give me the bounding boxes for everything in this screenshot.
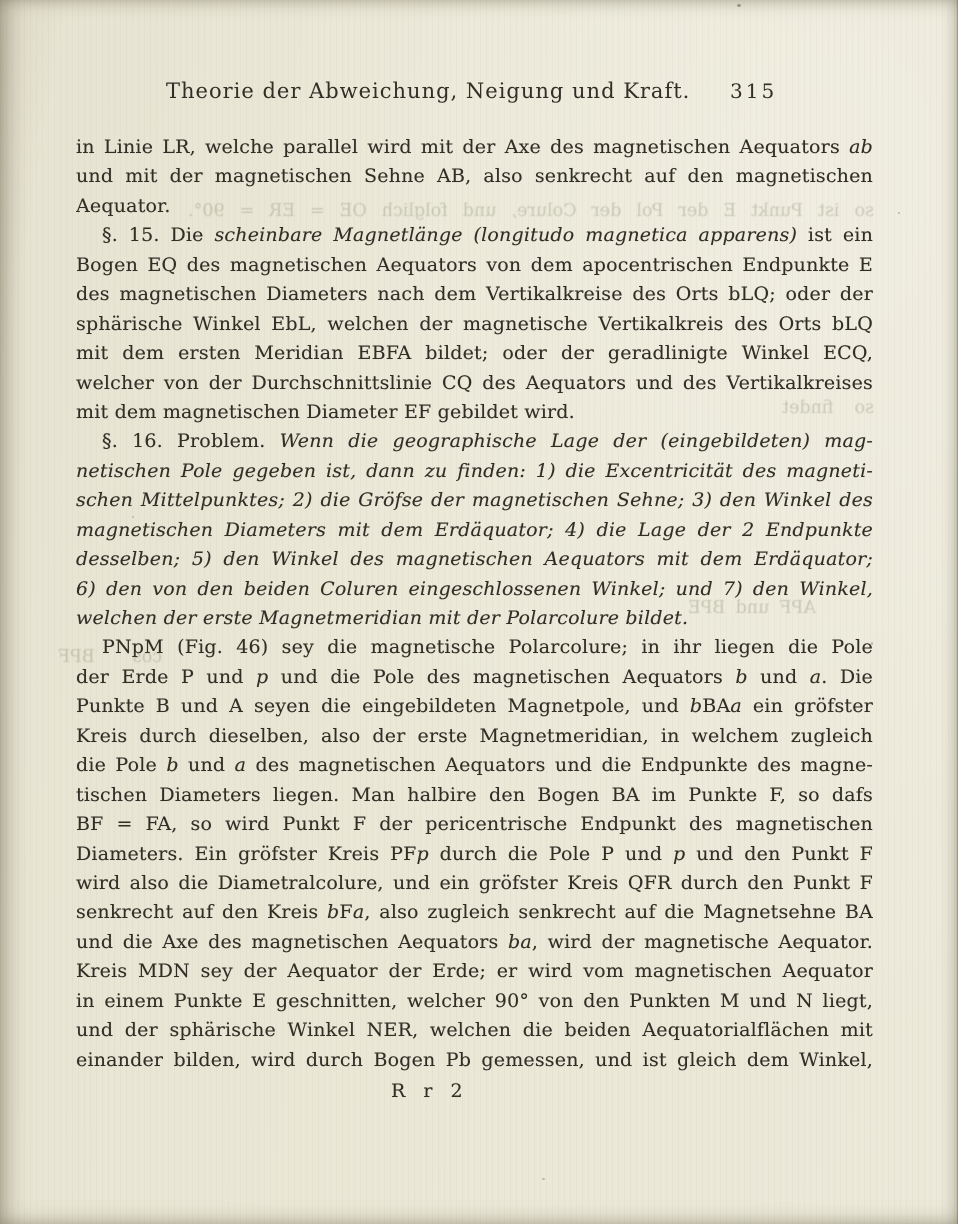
scanned-book-page: Theorie der Abweichung, Neigung und Kraf…: [0, 0, 958, 1224]
text-line: in einem Punkte E geschnitten, welcher 9…: [76, 987, 873, 1016]
text-run: schen Mittelpunktes; 2) die Gröfse der m…: [76, 489, 873, 511]
text-line: senkrecht auf den Kreis bFa, also zuglei…: [76, 898, 873, 927]
text-line: die Pole b und a des magnetischen Aequat…: [76, 751, 873, 780]
text-run: , wird der magnetische Aequator.: [532, 931, 873, 953]
text-run: b: [690, 695, 702, 717]
text-run: tischen Diameters liegen. Man halbire de…: [76, 784, 873, 806]
text-run: b: [327, 901, 339, 923]
text-run: und: [179, 754, 235, 776]
text-run: in Linie LR, welche parallel wird mit de…: [76, 136, 849, 158]
text-line: tischen Diameters liegen. Man halbire de…: [76, 781, 873, 810]
text-run: magnetischen Diameters mit dem Erdäquato…: [76, 519, 873, 541]
page-title: Theorie der Abweichung, Neigung und Kraf…: [166, 79, 690, 103]
text-run: netischen Pole gegeben ist, dann zu find…: [76, 460, 873, 482]
text-run: Kreis MDN sey der Aequator der Erde; er …: [76, 960, 873, 982]
text-line: in Linie LR, welche parallel wird mit de…: [76, 133, 873, 162]
text-run: b: [735, 666, 747, 688]
text-run: scheinbare Magnetlänge (longitudo magnet…: [214, 224, 797, 246]
text-run: b: [166, 754, 178, 776]
text-run: und die Axe des magnetischen Aequators: [76, 931, 508, 953]
text-line: und die Axe des magnetischen Aequators b…: [76, 928, 873, 957]
text-run: . Die: [821, 666, 873, 688]
text-run: die Pole: [76, 754, 166, 776]
text-line: Diameters. Ein gröfster Kreis PFp durch …: [76, 840, 873, 869]
text-line: des magnetischen Diameters nach dem Vert…: [76, 280, 873, 309]
text-run: und den Punkt F: [685, 843, 873, 865]
text-line: sphärische Winkel EbL, welchen der magne…: [76, 310, 873, 339]
text-line: mit dem magnetischen Diameter EF gebilde…: [76, 398, 873, 427]
text-line: §. 15. Die scheinbare Magnetlänge (longi…: [76, 221, 873, 250]
text-run: Bogen EQ des magnetischen Aequators von …: [76, 254, 873, 276]
text-run: p: [256, 666, 268, 688]
text-run: desselben; 5) den Winkel des magnetische…: [76, 548, 873, 570]
text-run: BA: [702, 695, 730, 717]
text-run: Kreis durch dieselben, also der erste Ma…: [76, 725, 873, 747]
text-run: und die Pole des magnetischen Aequators: [268, 666, 735, 688]
paper-speck: [542, 1178, 545, 1180]
text-run: ba: [508, 931, 532, 953]
text-run: und: [748, 666, 810, 688]
text-run: wird also die Diametralcolure, und ein g…: [76, 872, 873, 894]
text-line: 6) den von den beiden Coluren eingeschlo…: [76, 575, 873, 604]
paper-speck: [898, 212, 900, 214]
text-run: a: [353, 901, 365, 923]
text-run: , also zugleich senkrecht auf die Magnet…: [364, 901, 873, 923]
text-line: BF = FA, so wird Punkt F der pericentris…: [76, 810, 873, 839]
signature-mark: R r 2: [391, 1080, 469, 1102]
text-run: des magnetischen Aequators und die Endpu…: [246, 754, 873, 776]
text-line: Kreis durch dieselben, also der erste Ma…: [76, 722, 873, 751]
text-line: desselben; 5) den Winkel des magnetische…: [76, 545, 873, 574]
text-run: 6) den von den beiden Coluren eingeschlo…: [76, 578, 873, 600]
text-run: Wenn die geographische Lage der (eingebi…: [280, 430, 873, 452]
text-run: PNpM (Fig. 46) sey die magnetische Polar…: [102, 636, 873, 658]
text-run: BF = FA, so wird Punkt F der pericentris…: [76, 813, 873, 835]
text-line: Bogen EQ des magnetischen Aequators von …: [76, 251, 873, 280]
text-run: §. 15. Die: [102, 224, 214, 246]
text-run: §. 16. Problem.: [102, 430, 280, 452]
text-run: Diameters. Ein gröfster Kreis PF: [76, 843, 416, 865]
running-head: Theorie der Abweichung, Neigung und Kraf…: [76, 79, 873, 107]
text-run: welcher von der Durchschnittslinie CQ de…: [76, 372, 873, 394]
text-run: F: [339, 901, 352, 923]
text-run: ist ein: [797, 224, 873, 246]
text-line: §. 16. Problem. Wenn die geographische L…: [76, 427, 873, 456]
text-run: p: [416, 843, 428, 865]
text-run: durch die Pole P und: [429, 843, 673, 865]
text-run: der Erde P und: [76, 666, 256, 688]
text-block: in Linie LR, welche parallel wird mit de…: [76, 133, 873, 1075]
text-run: p: [673, 843, 685, 865]
text-line: welchen der erste Magnetmeridian mit der…: [76, 604, 873, 633]
text-line: netischen Pole gegeben ist, dann zu find…: [76, 457, 873, 486]
text-run: mit dem magnetischen Diameter EF gebilde…: [76, 401, 575, 423]
text-run: sphärische Winkel EbL, welchen der magne…: [76, 313, 873, 335]
text-run: und der sphärische Winkel NER, welchen d…: [76, 1019, 873, 1041]
text-run: einander bilden, wird durch Bogen Pb gem…: [76, 1049, 873, 1071]
paper-speck: [737, 4, 741, 7]
text-run: ab: [849, 136, 873, 158]
text-run: a: [235, 754, 247, 776]
text-run: in einem Punkte E geschnitten, welcher 9…: [76, 990, 873, 1012]
text-line: PNpM (Fig. 46) sey die magnetische Polar…: [76, 633, 873, 662]
text-run: und mit der magnetischen Sehne AB, also …: [76, 165, 873, 187]
text-line: und der sphärische Winkel NER, welchen d…: [76, 1016, 873, 1045]
text-line: schen Mittelpunktes; 2) die Gröfse der m…: [76, 486, 873, 515]
text-line: mit dem ersten Meridian EBFA bildet; ode…: [76, 339, 873, 368]
text-run: Punkte B und A seyen die eingebildeten M…: [76, 695, 690, 717]
text-line: Kreis MDN sey der Aequator der Erde; er …: [76, 957, 873, 986]
text-line: magnetischen Diameters mit dem Erdäquato…: [76, 516, 873, 545]
text-line: der Erde P und p und die Pole des magnet…: [76, 663, 873, 692]
text-line: welcher von der Durchschnittslinie CQ de…: [76, 369, 873, 398]
text-line: wird also die Diametralcolure, und ein g…: [76, 869, 873, 898]
text-run: senkrecht auf den Kreis: [76, 901, 327, 923]
text-run: a: [810, 666, 822, 688]
text-run: a: [730, 695, 742, 717]
text-line: und mit der magnetischen Sehne AB, also …: [76, 162, 873, 191]
text-run: welchen der erste Magnetmeridian mit der…: [76, 607, 688, 629]
text-run: des magnetischen Diameters nach dem Vert…: [76, 283, 873, 305]
text-line: einander bilden, wird durch Bogen Pb gem…: [76, 1046, 873, 1075]
text-run: mit dem ersten Meridian EBFA bildet; ode…: [76, 342, 873, 364]
text-run: ein gröfster: [742, 695, 873, 717]
page-number: 315: [730, 79, 777, 103]
text-line: Punkte B und A seyen die eingebildeten M…: [76, 692, 873, 721]
text-run: Aequator.: [76, 195, 171, 217]
text-line: Aequator.: [76, 192, 873, 221]
